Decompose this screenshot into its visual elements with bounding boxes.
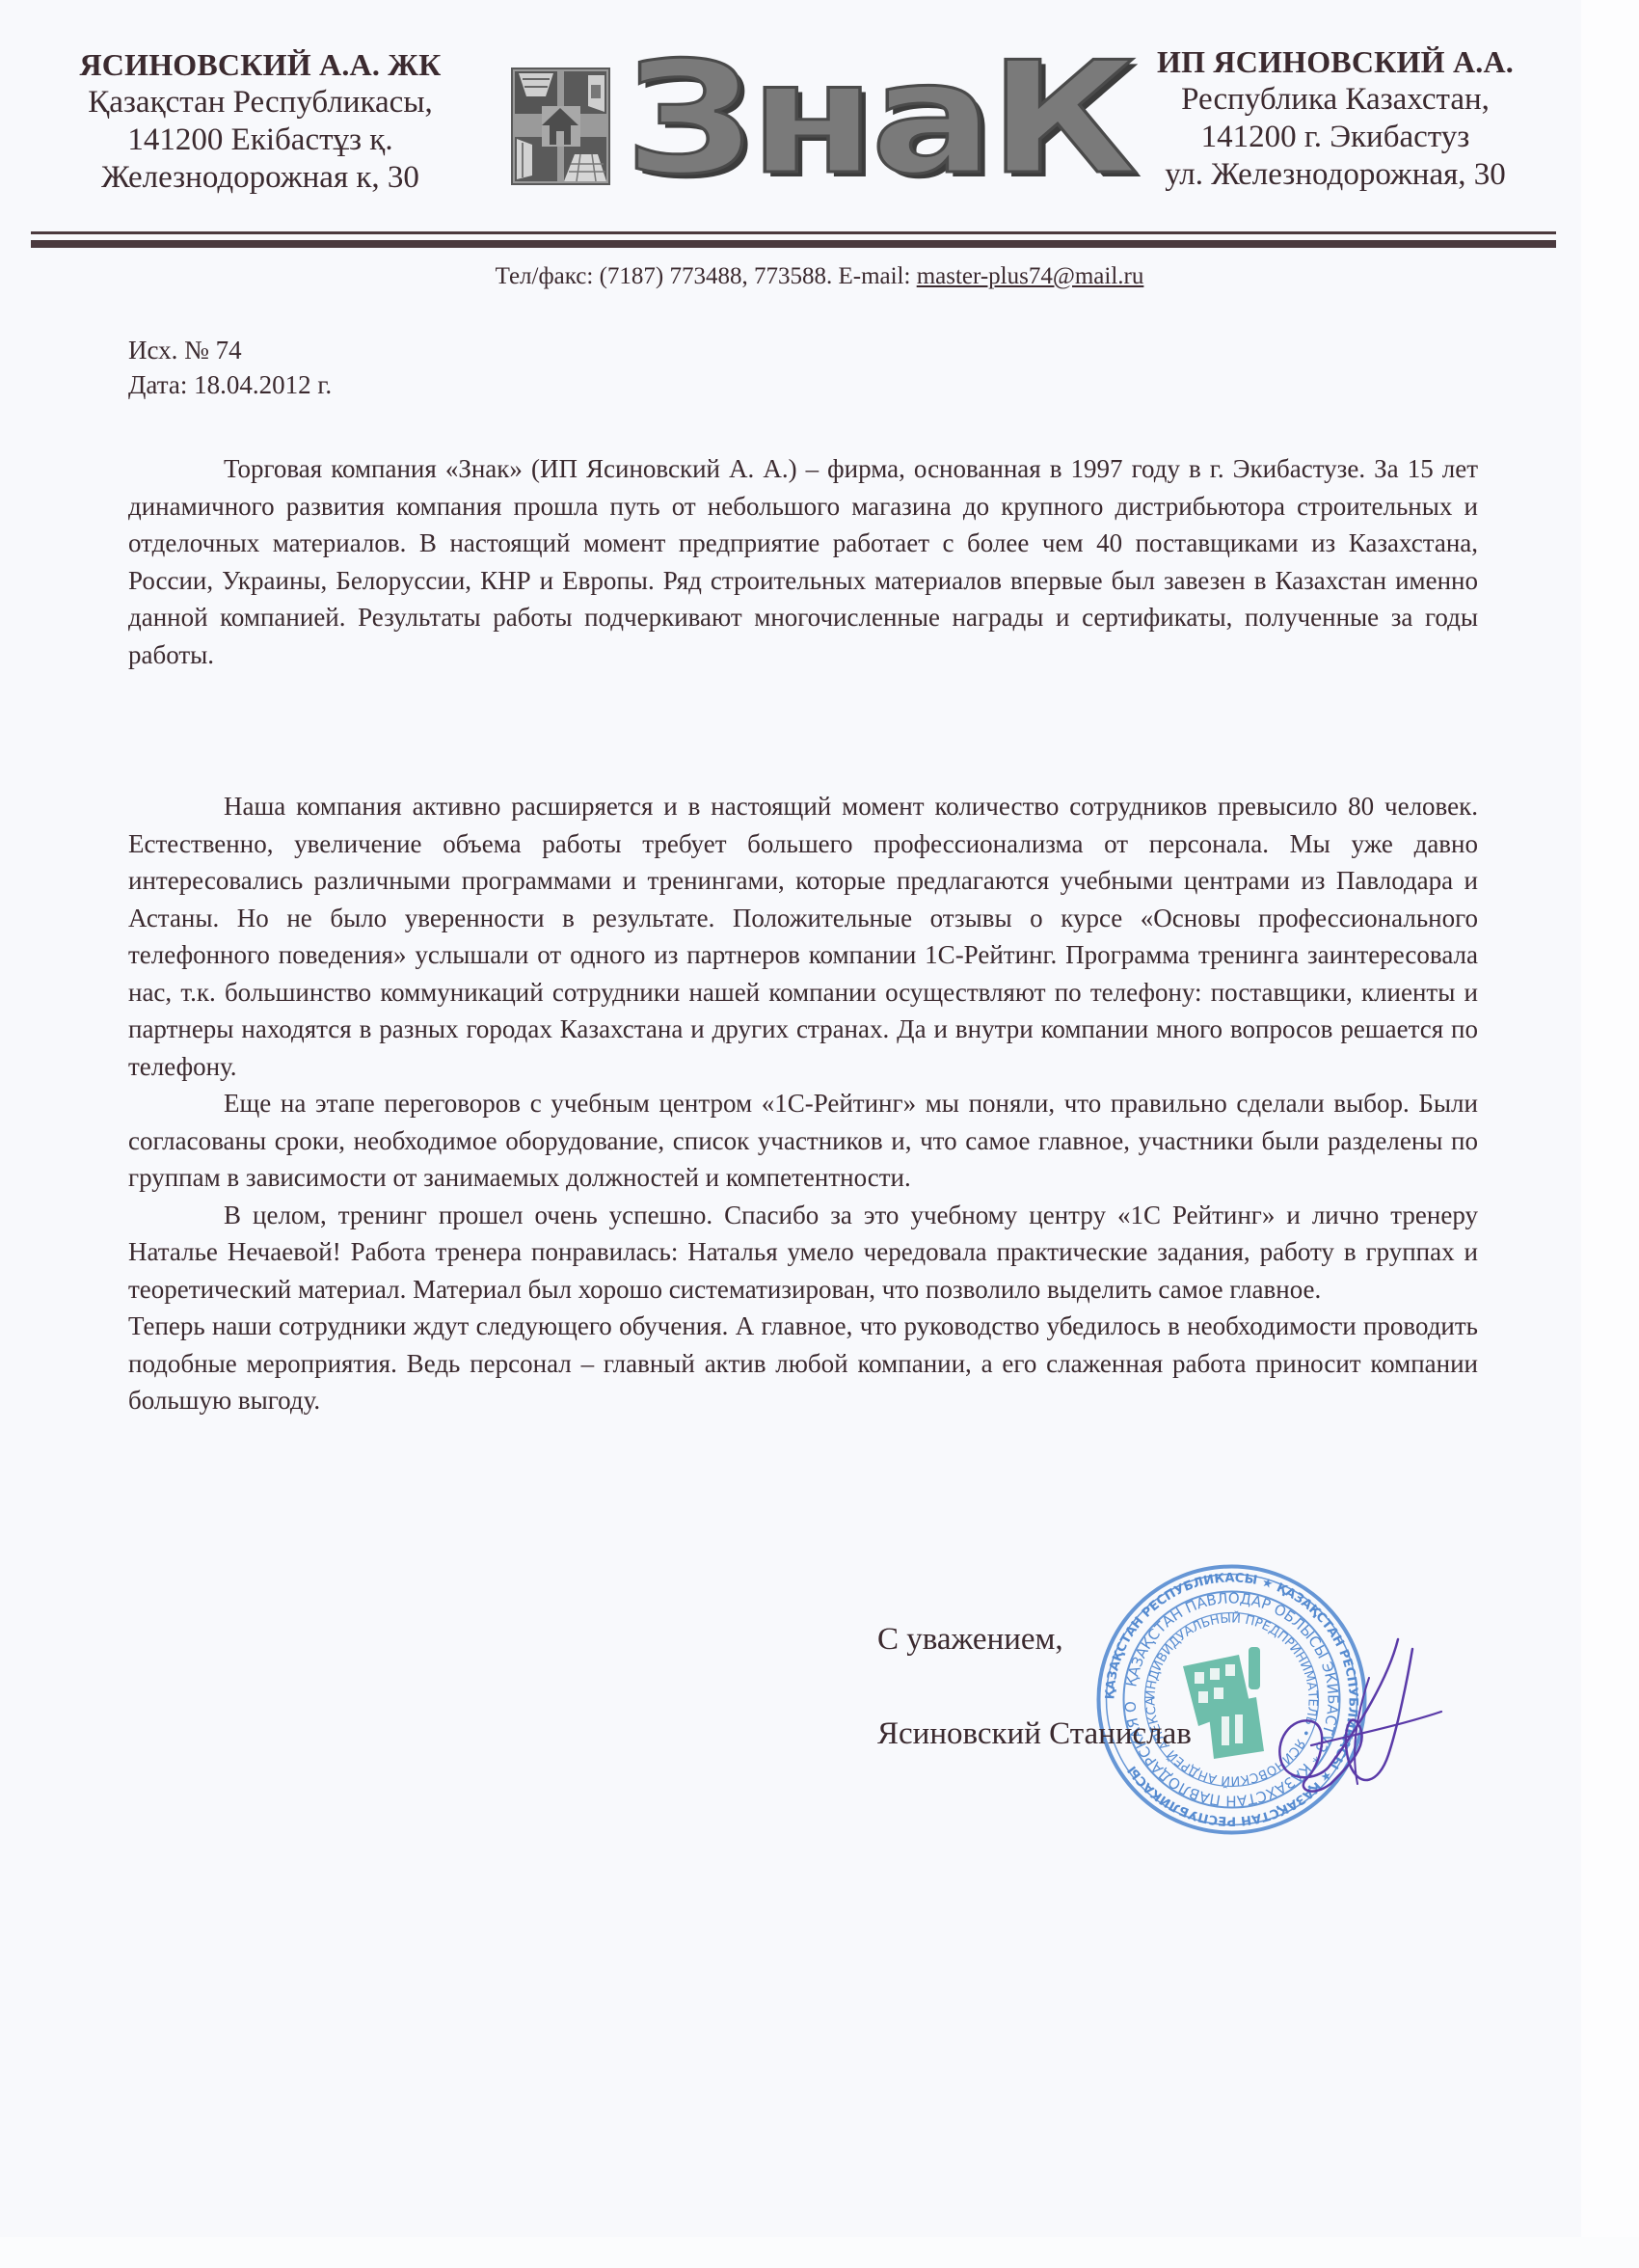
header-divider-thick [31,240,1556,248]
company-logo: ЗнаК [511,67,1118,189]
paragraph: Торговая компания «Знак» (ИП Ясиновский … [128,450,1478,673]
address-line: ул. Железнодорожная, 30 [1138,156,1533,194]
logo-wordmark: ЗнаК [625,46,1133,191]
address-line: Қазақстан Республикасы, [77,84,443,121]
signer-name: Ясиновский Станислав [877,1714,1192,1753]
company-name-kz: ЯСИНОВСКИЙ А.А. ЖК [77,46,443,84]
address-line: 141200 г. Экибастуз [1138,119,1533,156]
house-room-logo-icon [511,67,610,185]
letterhead-right: ИП ЯСИНОВСКИЙ А.А. Республика Казахстан,… [1138,43,1533,194]
letter-date: Дата: 18.04.2012 г. [128,367,332,402]
outgoing-number: Исх. № 74 [128,333,332,367]
paragraph: Еще на этапе переговоров с учебным центр… [128,1085,1478,1197]
address-line: Железнодорожная к, 30 [77,159,443,197]
header-divider-thin [31,231,1556,234]
address-line: 141200 Екібастұз қ. [77,121,443,159]
handwritten-signature-icon [1253,1620,1446,1813]
phone-fax: Тел/факс: (7187) 773488, 773588. E-mail: [496,263,917,289]
letterhead-left: ЯСИНОВСКИЙ А.А. ЖК Қазақстан Республикас… [77,46,443,197]
body-section-2: Наша компания активно расширяется и в на… [128,788,1478,1419]
body-section-1: Торговая компания «Знак» (ИП Ясиновский … [128,450,1478,673]
address-line: Республика Казахстан, [1138,81,1533,119]
scan-edge-bottom [0,2237,1639,2268]
paragraph: Теперь наши сотрудники ждут следующего о… [128,1308,1478,1419]
closing-salutation: С уважением, [877,1620,1063,1659]
paragraph: Наша компания активно расширяется и в на… [128,788,1478,1085]
paragraph: В целом, тренинг прошел очень успешно. С… [128,1197,1478,1309]
letter-meta: Исх. № 74 Дата: 18.04.2012 г. [128,333,332,402]
email-link[interactable]: master-plus74@mail.ru [917,263,1144,289]
company-name-ru: ИП ЯСИНОВСКИЙ А.А. [1138,43,1533,81]
scan-edge [1581,0,1639,2268]
contact-line: Тел/факс: (7187) 773488, 773588. E-mail:… [0,262,1639,291]
